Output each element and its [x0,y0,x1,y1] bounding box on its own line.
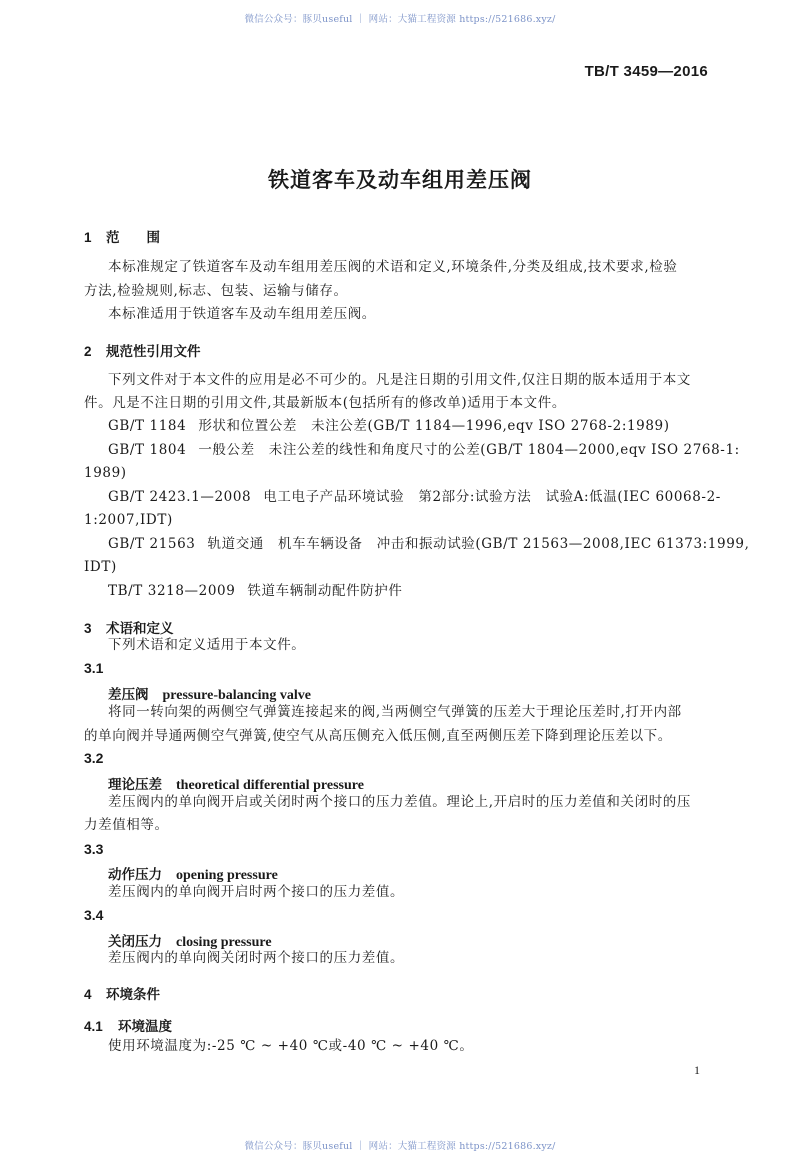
term-heading: 差压阀pressure-balancing valve [108,683,311,704]
reference-entry: TB/T 3218—2009铁道车辆制动配件防护件 [108,585,403,599]
reference-code: GB/T 2423.1—2008 [108,491,251,505]
reference-title: 轨道交通 机车车辆设备 冲击和振动试验(GB/T 21563—2008,IEC … [208,536,750,552]
watermark-top: 微信公众号：豚贝useful ｜ 网站：大猫工程资源 https://52168… [0,11,800,25]
term-heading: 动作压力opening pressure [108,863,278,884]
paragraph-line: 件。凡是不注日期的引用文件,其最新版本(包括所有的修改单)适用于本文件。 [84,397,566,411]
section-number: 2 [84,344,106,359]
document-title: 铁道客车及动车组用差压阀 [0,164,800,194]
term-chinese: 差压阀 [108,687,149,703]
subsection-number: 4.1 [84,1019,118,1034]
section-4-heading: 4环境条件 [84,983,160,1003]
definition-line: 力差值相等。 [84,819,169,833]
reference-title: 一般公差 未注公差的线性和角度尺寸的公差(GB/T 1804—2000,eqv … [198,442,739,458]
paragraph-line: 方法,检验规则,标志、包装、运输与储存。 [84,285,348,299]
reference-entry: GB/T 1184形状和位置公差 未注公差(GB/T 1184—1996,eqv… [108,420,670,434]
definition-line: 差压阀内的单向阀关闭时两个接口的压力差值。 [108,952,404,966]
reference-continuation: 1:2007,IDT) [84,514,173,528]
term-english: pressure-balancing valve [163,688,311,703]
reference-continuation: 1989) [84,467,127,481]
reference-title: 电工电子产品环境试验 第2部分:试验方法 试验A:低温(IEC 60068-2- [263,489,721,505]
section-2-heading: 2规范性引用文件 [84,340,201,360]
section-1-heading: 1范 围 [84,226,160,246]
section-title: 环境条件 [106,987,160,1003]
term-number: 3.3 [84,841,103,857]
section-title: 范 围 [106,230,160,246]
term-number: 3.1 [84,660,103,676]
reference-title: 形状和位置公差 未注公差(GB/T 1184—1996,eqv ISO 2768… [198,418,669,434]
paragraph-line: 下列文件对于本文件的应用是必不可少的。凡是注日期的引用文件,仅注日期的版本适用于… [108,374,691,388]
reference-entry: GB/T 2423.1—2008电工电子产品环境试验 第2部分:试验方法 试验A… [108,491,721,505]
term-chinese: 动作压力 [108,867,162,883]
reference-entry: GB/T 21563轨道交通 机车车辆设备 冲击和振动试验(GB/T 21563… [108,538,749,552]
section-number: 4 [84,987,106,1002]
paragraph-line: 本标准适用于铁道客车及动车组用差压阀。 [108,308,376,322]
section-number: 1 [84,230,106,245]
term-english: closing pressure [176,935,272,950]
subsection-title: 环境温度 [118,1019,172,1035]
definition-line: 差压阀内的单向阀开启或关闭时两个接口的压力差值。理论上,开启时的压力差值和关闭时… [108,796,691,810]
reference-title: 铁道车辆制动配件防护件 [247,583,402,599]
term-english: opening pressure [176,868,278,883]
section-title: 规范性引用文件 [106,344,201,360]
reference-continuation: IDT) [84,561,117,575]
watermark-bottom: 微信公众号：豚贝useful ｜ 网站：大猫工程资源 https://52168… [0,1138,800,1152]
term-english: theoretical differential pressure [176,778,364,793]
term-number: 3.2 [84,750,103,766]
paragraph-line: 本标准规定了铁道客车及动车组用差压阀的术语和定义,环境条件,分类及组成,技术要求… [108,261,677,275]
definition-line: 差压阀内的单向阀开启时两个接口的压力差值。 [108,886,404,900]
definition-line: 将同一转向架的两侧空气弹簧连接起来的阀,当两侧空气弹簧的压差大于理论压差时,打开… [108,706,682,720]
standard-code: TB/T 3459—2016 [585,63,708,80]
section-title: 术语和定义 [106,621,174,637]
section-number: 3 [84,621,106,636]
reference-code: TB/T 3218—2009 [108,585,235,599]
term-number: 3.4 [84,907,103,923]
reference-entry: GB/T 1804一般公差 未注公差的线性和角度尺寸的公差(GB/T 1804—… [108,444,740,458]
section-3-heading: 3术语和定义 [84,617,174,637]
subsection-4-1-heading: 4.1环境温度 [84,1015,172,1035]
term-chinese: 关闭压力 [108,934,162,950]
reference-code: GB/T 21563 [108,538,196,552]
reference-code: GB/T 1804 [108,444,186,458]
paragraph-line: 使用环境温度为:-25 ℃ ~ +40 ℃或-40 ℃ ~ +40 ℃。 [108,1040,473,1054]
term-heading: 关闭压力closing pressure [108,930,272,951]
page-number: 1 [694,1063,700,1078]
paragraph-line: 下列术语和定义适用于本文件。 [108,639,305,653]
definition-line: 的单向阀并导通两侧空气弹簧,使空气从高压侧充入低压侧,直至两侧压差下降到理论压差… [84,730,672,744]
term-chinese: 理论压差 [108,777,162,793]
reference-code: GB/T 1184 [108,420,186,434]
term-heading: 理论压差theoretical differential pressure [108,773,364,794]
